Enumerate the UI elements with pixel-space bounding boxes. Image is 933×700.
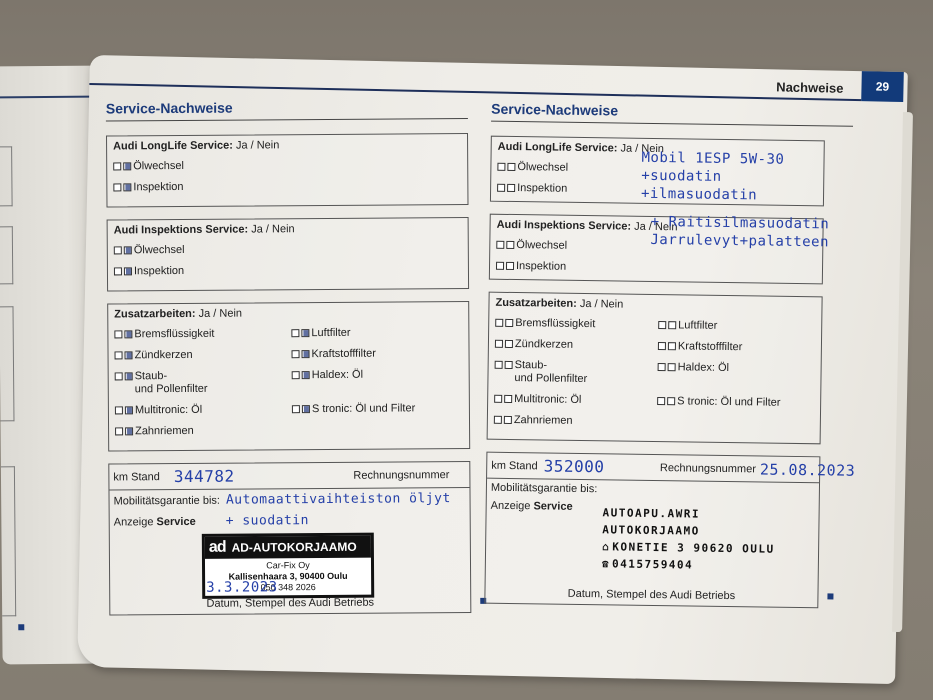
booklet-page: Nachweise 29 Service-Nachweise Audi Long…: [77, 55, 908, 684]
checkbox-ja[interactable]: [495, 319, 503, 327]
checkbox-row-spark-plugs[interactable]: Zündkerzen: [495, 338, 652, 353]
checkbox-nein[interactable]: [125, 372, 133, 380]
checkbox-nein[interactable]: [302, 371, 310, 379]
workshop-stamp: AUTOAPU.AWRI AUTOKORJAAMO ⌂KONETIE 3 906…: [602, 504, 776, 574]
km-value[interactable]: 352000: [544, 456, 605, 476]
checkbox-nein[interactable]: [505, 361, 513, 369]
checkbox-ja[interactable]: [658, 363, 666, 371]
service-record-footer: km Stand 344782 Rechnungsnummer Mobilitä…: [108, 461, 471, 616]
checkbox-nein[interactable]: [124, 246, 132, 254]
checkbox-nein[interactable]: [125, 406, 133, 414]
checkbox-label: Luftfilter: [678, 319, 717, 333]
mobility-label: Mobilitätsgarantie bis:: [491, 482, 598, 495]
checkbox-label: S tronic: Öl und Filter: [677, 395, 780, 409]
checkbox-nein[interactable]: [668, 363, 676, 371]
end-marker: [827, 593, 833, 599]
service-entry-right: Service-Nachweise Audi LongLife Service:…: [484, 101, 853, 621]
page-number: 29: [861, 71, 904, 102]
service-entry-left: Service-Nachweise Audi LongLife Service:…: [106, 98, 472, 628]
checkbox-ja[interactable]: [496, 262, 504, 270]
checkbox-nein[interactable]: [504, 395, 512, 403]
mobility-row: Mobilitätsgarantie bis: Automaattivaihte…: [109, 488, 469, 512]
checkbox-nein[interactable]: [505, 340, 513, 348]
checkbox-ja[interactable]: [292, 371, 300, 379]
checkbox-row-pollen-filter[interactable]: Staub- und Pollenfilter: [494, 359, 651, 387]
longlife-service-box: Audi LongLife Service: Ja / Nein Ölwechs…: [490, 136, 825, 207]
inspection-service-box: Audi Inspektions Service: Ja / Nein Ölwe…: [489, 214, 824, 285]
service-record-footer: km Stand 352000 Rechnungsnummer 25.08.20…: [484, 452, 820, 609]
checkbox-ja[interactable]: [113, 183, 121, 191]
checkbox-nein[interactable]: [507, 163, 515, 171]
checkbox-label: Ölwechsel: [133, 160, 184, 173]
ad-logo-icon: ad: [209, 539, 226, 557]
checkbox-row-multitronic[interactable]: Multitronic: Öl: [115, 403, 286, 417]
checkbox-nein[interactable]: [302, 350, 310, 358]
checkbox-ja[interactable]: [494, 395, 502, 403]
checkbox-label: Zündkerzen: [515, 338, 573, 352]
checkbox-row-air-filter[interactable]: Luftfilter: [658, 319, 815, 334]
km-value[interactable]: 344782: [174, 467, 235, 486]
section-title: Nachweise: [776, 79, 844, 95]
checkbox-label: Inspektion: [133, 181, 183, 194]
checkbox-row-inspection[interactable]: Inspektion: [496, 260, 816, 277]
additional-work-box: Zusatzarbeiten: Ja / Nein Bremsflüssigke…: [487, 292, 823, 445]
checkbox-label: Kraftstofffilter: [678, 340, 743, 354]
checkbox-label: Zahnriemen: [514, 414, 573, 428]
end-marker: [18, 624, 24, 630]
inspection-service-box: Audi Inspektions Service: Ja / Nein Ölwe…: [107, 217, 469, 292]
checkbox-nein[interactable]: [123, 183, 131, 191]
checkbox-label: Ölwechsel: [134, 244, 185, 257]
checkbox-label: Kraftstofffilter: [311, 348, 375, 361]
checkbox-label: Inspektion: [516, 260, 566, 274]
checkbox-label: Zahnriemen: [135, 425, 194, 438]
checkbox-ja[interactable]: [658, 342, 666, 350]
house-icon: ⌂: [602, 538, 610, 555]
footer-caption: Datum, Stempel des Audi Betriebs: [110, 596, 470, 611]
form-box-edge: [0, 226, 13, 284]
checkbox-ja[interactable]: [114, 246, 122, 254]
checkbox-nein[interactable]: [125, 351, 133, 359]
phone-icon: ☎: [602, 555, 610, 572]
stamp-phone-row: ☎0415759404: [602, 555, 775, 574]
box-title: Audi LongLife Service: Ja / Nein: [113, 138, 461, 152]
mobility-label: Mobilitätsgarantie bis:: [114, 494, 220, 507]
checkbox-ja[interactable]: [292, 405, 300, 413]
checkbox-label: Multitronic: Öl: [514, 393, 581, 407]
checkbox-nein[interactable]: [505, 319, 513, 327]
handwritten-note[interactable]: Mobil 1ESP 5W-30 +suodatin +ilmasuodatin: [641, 149, 785, 205]
checkbox-row-fuel-filter[interactable]: Kraftstofffilter: [658, 340, 815, 355]
invoice-label: Rechnungsnummer: [353, 469, 449, 482]
checkbox-row-s-tronic[interactable]: S tronic: Öl und Filter: [292, 402, 463, 416]
entry-title: Service-Nachweise: [491, 101, 853, 127]
invoice-value[interactable]: 25.08.2023: [760, 460, 856, 479]
form-box-edge: [0, 146, 13, 206]
checkbox-nein[interactable]: [667, 397, 675, 405]
checkbox-ja[interactable]: [115, 427, 123, 435]
checkbox-row-fuel-filter[interactable]: Kraftstofffilter: [291, 347, 462, 361]
form-box-edge: [1, 466, 16, 616]
checkbox-ja[interactable]: [495, 340, 503, 348]
checkbox-label: Inspektion: [134, 265, 184, 278]
checkbox-row-s-tronic[interactable]: S tronic: Öl und Filter: [657, 395, 814, 410]
checkbox-nein[interactable]: [506, 262, 514, 270]
checkbox-row-brake-fluid[interactable]: Bremsflüssigkeit: [495, 317, 652, 332]
checkbox-label: Multitronic: Öl: [135, 404, 202, 417]
longlife-service-box: Audi LongLife Service: Ja / Nein Ölwechs…: [106, 133, 468, 208]
checkbox-nein[interactable]: [125, 427, 133, 435]
checkbox-row-spark-plugs[interactable]: Zündkerzen: [115, 348, 286, 362]
checkbox-nein[interactable]: [124, 267, 132, 275]
display-label: Anzeige Service: [491, 500, 573, 513]
checkbox-label: Bremsflüssigkeit: [134, 328, 214, 342]
form-box-edge: [0, 306, 14, 421]
display-row: Anzeige Service + suodatin: [110, 509, 470, 533]
box-title: Zusatzarbeiten: Ja / Nein: [114, 306, 462, 320]
checkbox-row-haldex[interactable]: Haldex: Öl: [658, 361, 815, 376]
header-rule: [0, 96, 90, 99]
invoice-label: Rechnungsnummer: [660, 462, 756, 475]
stamp-name: AD-AUTOKORJAAMO: [232, 540, 357, 555]
checkbox-ja[interactable]: [495, 361, 503, 369]
checkbox-nein[interactable]: [301, 329, 309, 337]
checkbox-label: Bremsflüssigkeit: [515, 317, 595, 331]
checkbox-label: Luftfilter: [311, 327, 350, 340]
checkbox-label: Zündkerzen: [135, 349, 193, 362]
km-row: km Stand 344782 Rechnungsnummer: [109, 462, 469, 491]
checkbox-nein[interactable]: [668, 342, 676, 350]
checkbox-ja[interactable]: [291, 329, 299, 337]
checkbox-label: Staub- und Pollenfilter: [514, 359, 587, 386]
checkbox-ja[interactable]: [657, 397, 665, 405]
checkbox-ja[interactable]: [113, 162, 121, 170]
checkbox-ja[interactable]: [115, 372, 123, 380]
checkbox-row-oil-change[interactable]: Ölwechsel: [113, 158, 461, 173]
checkbox-ja[interactable]: [496, 241, 504, 249]
handwritten-note[interactable]: + Raitisilmasuodatin Jarrulevyt+palattee…: [650, 213, 829, 251]
page-edge: [892, 112, 913, 632]
checkbox-label: Staub- und Pollenfilter: [135, 370, 208, 397]
service-date[interactable]: 3.3.2023: [206, 579, 278, 595]
checkbox-label: Ölwechsel: [516, 239, 567, 253]
checkbox-nein[interactable]: [507, 184, 515, 192]
checkbox-label: Haldex: Öl: [678, 361, 730, 375]
checkbox-row-inspection[interactable]: Inspektion: [114, 263, 462, 278]
checkbox-ja[interactable]: [114, 267, 122, 275]
km-label: km Stand: [491, 459, 538, 472]
checkbox-nein[interactable]: [506, 241, 514, 249]
checkbox-row-oil-change[interactable]: Ölwechsel: [114, 242, 462, 257]
checkbox-ja[interactable]: [494, 416, 502, 424]
km-label: km Stand: [113, 471, 160, 483]
checkbox-ja[interactable]: [658, 321, 666, 329]
checkbox-nein[interactable]: [504, 416, 512, 424]
checkbox-nein[interactable]: [668, 321, 676, 329]
handwritten-note[interactable]: Automaattivaihteiston öljyt: [226, 491, 451, 508]
checkbox-row-brake-fluid[interactable]: Bremsflüssigkeit: [114, 327, 285, 341]
checkbox-label: Inspektion: [517, 182, 567, 196]
checkbox-label: Ölwechsel: [517, 161, 568, 175]
checkbox-ja[interactable]: [497, 163, 505, 171]
checkbox-label: S tronic: Öl und Filter: [312, 402, 415, 416]
checkbox-row-inspection[interactable]: Inspektion: [113, 179, 461, 194]
checkbox-row-timing-belt[interactable]: Zahnriemen: [115, 424, 286, 438]
checkbox-ja[interactable]: [115, 351, 123, 359]
checkbox-ja[interactable]: [292, 350, 300, 358]
checkbox-ja[interactable]: [114, 330, 122, 338]
header-rule: [89, 83, 861, 101]
checkbox-nein[interactable]: [123, 162, 131, 170]
box-title: Zusatzarbeiten: Ja / Nein: [495, 297, 815, 313]
checkbox-nein[interactable]: [302, 405, 310, 413]
handwritten-note[interactable]: + suodatin: [226, 513, 309, 529]
box-title: Audi Inspektions Service: Ja / Nein: [114, 222, 462, 236]
checkbox-ja[interactable]: [497, 184, 505, 192]
checkbox-row-timing-belt[interactable]: Zahnriemen: [494, 414, 651, 429]
checkbox-nein[interactable]: [124, 330, 132, 338]
entry-title: Service-Nachweise: [106, 98, 468, 122]
additional-work-box: Zusatzarbeiten: Ja / Nein Bremsflüssigke…: [107, 301, 470, 452]
checkbox-row-pollen-filter[interactable]: Staub- und Pollenfilter: [115, 369, 286, 396]
checkbox-ja[interactable]: [115, 406, 123, 414]
checkbox-label: Haldex: Öl: [312, 369, 363, 382]
checkbox-row-air-filter[interactable]: Luftfilter: [291, 326, 462, 340]
display-label: Anzeige Service: [114, 515, 196, 528]
footer-caption: Datum, Stempel des Audi Betriebs: [485, 587, 817, 604]
checkbox-row-multitronic[interactable]: Multitronic: Öl: [494, 393, 651, 408]
checkbox-row-haldex[interactable]: Haldex: Öl: [292, 368, 463, 382]
